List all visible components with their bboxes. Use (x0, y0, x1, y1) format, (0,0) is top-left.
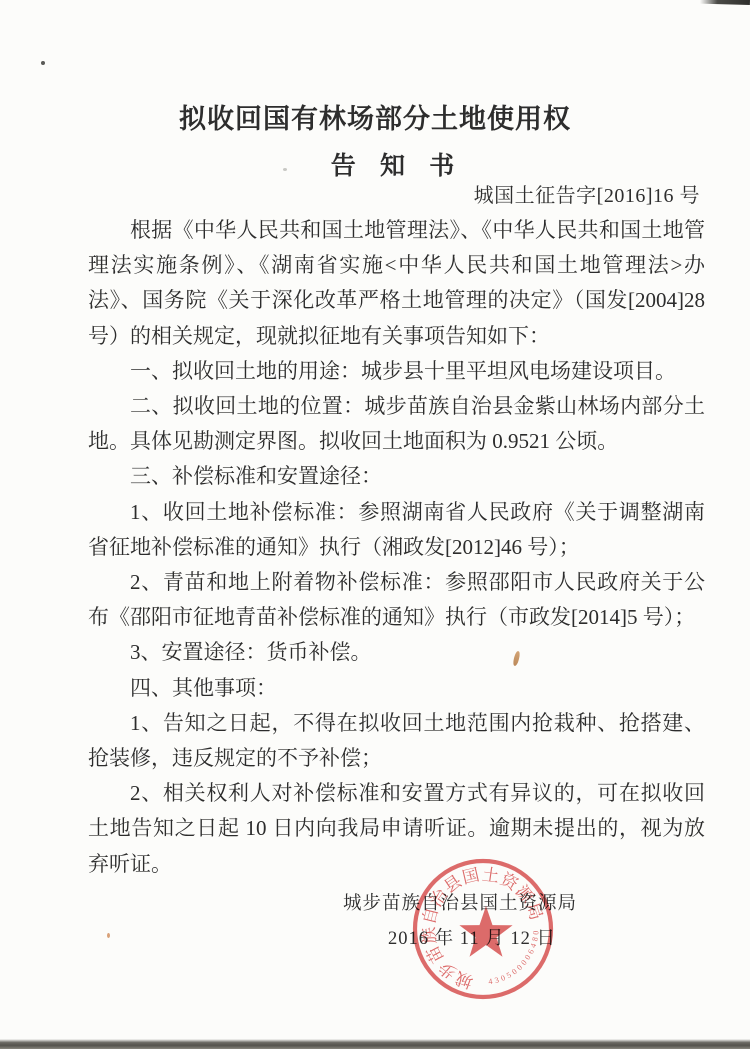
seal-ring-character: 国 (460, 865, 481, 887)
body-paragraph: 2、相关权利人对补偿标准和安置方式有异议的，可在拟收回土地告知之日起 10 日内… (88, 776, 705, 882)
scan-artifact-page-edge (0, 1039, 750, 1049)
body-paragraph: 一、拟收回土地的用途：城步县十里平坦风电场建设项目。 (88, 354, 705, 389)
document-title: 拟收回国有林场部分土地使用权 (0, 97, 750, 136)
seal-code-digit: 3 (494, 975, 500, 985)
seal-ring-character: 族 (419, 926, 440, 945)
seal-code-digit: 0 (531, 930, 540, 935)
body-paragraph: 1、告知之日起，不得在拟收回土地范围内抢栽种、抢搭建、抢装修，违反规定的不予补偿… (88, 706, 705, 776)
scan-artifact-corner-mark (700, 0, 750, 5)
document-reference-number: 城国土征告字[2016]16 号 (474, 179, 700, 208)
body-paragraph: 二、拟收回土地的位置：城步苗族自治县金紫山林场内部分土地。具体见勘测定界图。拟收… (88, 389, 705, 459)
body-paragraph: 根据《中华人民共和国土地管理法》、《中华人民共和国土地管理法实施条例》、《湖南省… (88, 213, 705, 354)
seal-code-digit: 4 (488, 977, 493, 986)
official-red-seal-stamp: 城步苗族自治县国土资源局430500006480 (408, 854, 558, 1004)
seal-ring-character: 土 (481, 865, 500, 886)
body-paragraph: 2、青苗和地上附着物补偿标准：参照邵阳市人民政府关于公布《邵阳市征地青苗补偿标准… (88, 565, 705, 635)
scan-artifact-dot (41, 61, 45, 65)
document-body: 根据《中华人民共和国土地管理法》、《中华人民共和国土地管理法实施条例》、《湖南省… (88, 213, 705, 882)
body-paragraph: 三、补偿标准和安置途径： (88, 459, 705, 494)
scan-artifact-speck (107, 933, 110, 938)
document-subtitle: 告 知 书 (22, 146, 750, 182)
body-paragraph: 3、安置途径：货币补偿。 (88, 635, 705, 670)
scanned-document-page: 拟收回国有林场部分土地使用权 告 知 书 城国土征告字[2016]16 号 根据… (0, 0, 750, 1049)
body-paragraph: 四、其他事项： (88, 671, 705, 706)
seal-code-digit: 8 (530, 936, 540, 942)
seal-star-icon (459, 906, 512, 957)
body-paragraph: 1、收回土地补偿标准：参照湖南省人民政府《关于调整湖南省征地补偿标准的通知》执行… (88, 495, 705, 565)
seal-code-digit: 4 (528, 942, 538, 949)
